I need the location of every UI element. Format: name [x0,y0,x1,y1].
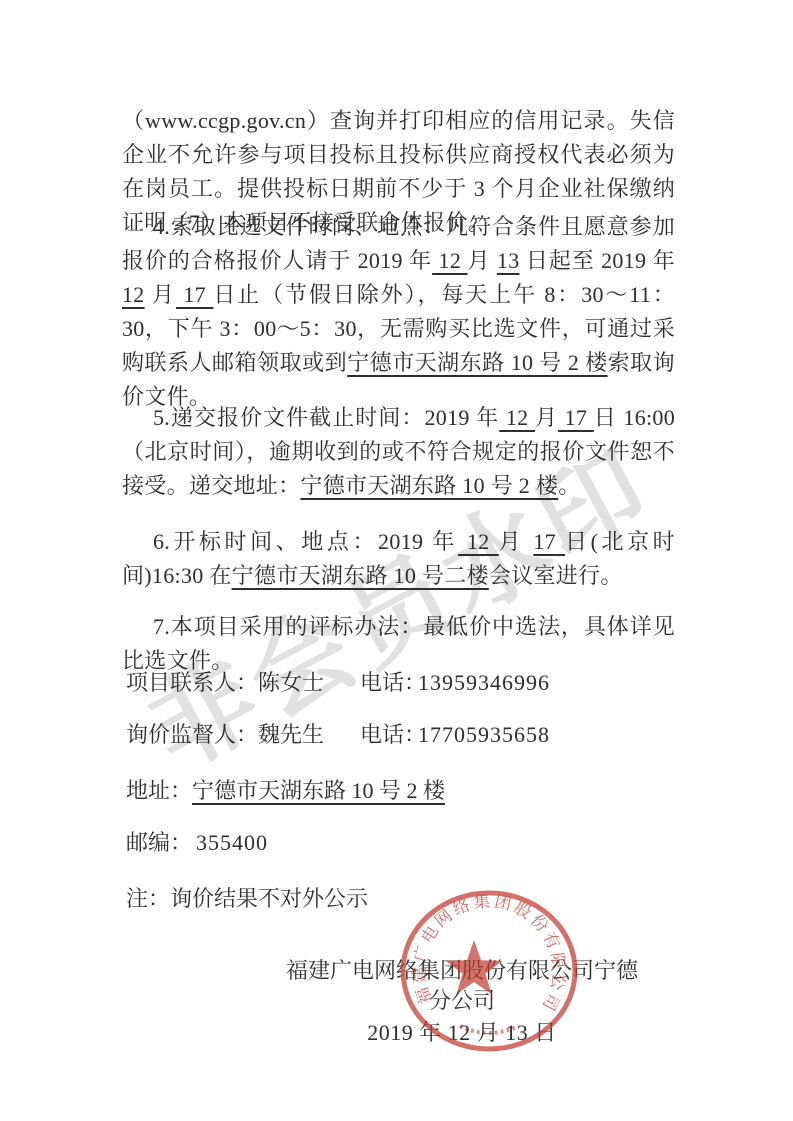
signature-date: 2019 年 12 月 13 日 [280,1018,644,1048]
contact-name-label: 询价监督人：魏先生 [126,722,324,747]
address-row: 地址：宁德市天湖东路 10 号 2 楼 [126,774,679,808]
underlined-text-run: 12 [122,282,145,307]
phone-number: 13959346996 [418,666,550,700]
paragraph-section-5-submission-deadline: 5.递交报价文件截止时间：2019 年 12 月 17 日 16:00（北京时间… [122,401,675,503]
address-value: 宁德市天湖东路 10 号 2 楼 [192,778,445,803]
text-run: 月 [535,405,558,430]
postal-value: 355400 [196,830,268,855]
paragraph-section-4-obtain-documents: 4.索取比选文件时间、地点：凡符合条件且愿意参加报价的合格报价人请于 2019 … [122,210,675,414]
underlined-text-run: 12 [499,405,535,430]
phone-number: 17705935658 [418,718,550,752]
underlined-text-run: 17 [176,282,213,307]
underlined-text-run: 宁德市天湖东路 10 号 2 楼 [347,350,608,375]
phone-label: 电话： [360,718,426,752]
underlined-text-run: 13 [497,248,520,273]
text-run: 月 [499,529,534,554]
underlined-text-run: 17 [558,405,594,430]
text-run: 5.递交报价文件截止时间：2019 年 [153,405,499,430]
paragraph-section-6-bid-opening: 6.开标时间、地点：2019 年 12 月 17 日(北京时间)16:30 在宁… [122,525,675,593]
underlined-text-run: 12 [458,529,499,554]
postal-code-row: 邮编：355400 [126,826,679,860]
text-run: 月 [468,248,497,273]
document-page: 非会员水印 （www.ccgp.gov.cn）查询并打印相应的信用记录。失信企业… [0,0,793,1121]
contact-row-project: 项目联系人：陈女士 电话： 13959346996 [126,666,679,700]
note-row: 注：询价结果不对外公示 [126,882,679,916]
text-run: 7.本项目采用的评标办法：最低价中选法，具体详见比选文件。 [122,614,675,673]
underlined-text-run: 宁德市天湖东路 10 号二楼 [232,563,489,588]
text-run: 会议室进行。 [489,563,623,588]
address-label: 地址： [126,778,192,803]
postal-label: 邮编： [126,830,192,855]
contact-name-label: 项目联系人：陈女士 [126,670,324,695]
underlined-text-run: 17 [533,529,565,554]
text-run: 月 [145,282,176,307]
phone-label: 电话： [360,666,426,700]
text-run: 6.开标时间、地点：2019 年 [153,529,458,554]
signature-company-name: 福建广电网络集团股份有限公司宁德分公司 [280,956,644,1016]
underlined-text-run: 宁德市天湖东路 10 号 2 楼 [300,473,558,498]
signature-block: 福建广电网络集团股份有限公司宁德分公司 2019 年 12 月 13 日 [280,956,644,1048]
text-run: 日起至 2019 年 [520,248,676,273]
underlined-text-run: 12 [432,248,467,273]
contact-row-supervisor: 询价监督人：魏先生 电话： 17705935658 [126,718,679,752]
text-run: 。 [558,473,580,498]
